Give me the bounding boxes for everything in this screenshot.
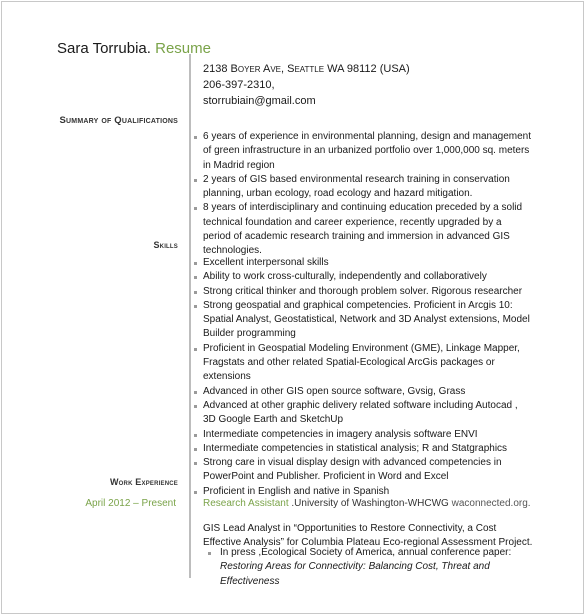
list-item: In press ,Ecological Society of America,… — [203, 546, 533, 589]
list-item: Intermediate competencies in imagery ana… — [191, 428, 531, 442]
list-item: 2 years of GIS based environmental resea… — [191, 173, 531, 202]
contact-block: 2138 Boyer Ave, Seattle WA 98112 (USA) 2… — [203, 61, 410, 109]
job-website[interactable]: waconnected.org. — [452, 498, 531, 509]
list-item: Strong geospatial and graphical competen… — [191, 299, 531, 342]
list-item: Proficient in Geospatial Modeling Enviro… — [191, 342, 531, 385]
section-heading-experience: Work Experience — [110, 477, 178, 487]
email[interactable]: storrubiain@gmail.com — [203, 93, 410, 109]
candidate-name: Sara Torrubia. — [57, 40, 151, 57]
list-item: Advanced at other graphic delivery relat… — [191, 399, 531, 428]
resume-title: Sara Torrubia. Resume — [57, 40, 211, 57]
job-dates: April 2012 – Present — [85, 498, 176, 509]
resume-label: Resume — [155, 40, 211, 57]
phone: 206-397-2310, — [203, 77, 410, 93]
list-item: Strong critical thinker and thorough pro… — [191, 285, 531, 299]
publication-title: Restoring Areas for Connectivity: Balanc… — [220, 561, 490, 586]
job-organization: .University of Washington-WHCWG — [289, 498, 452, 509]
list-item: Ability to work cross-culturally, indepe… — [191, 270, 531, 284]
resume-page: Sara Torrubia. Resume 2138 Boyer Ave, Se… — [1, 1, 584, 614]
list-item: Proficient in English and native in Span… — [191, 485, 531, 499]
job-role: Research Assistant — [203, 498, 289, 509]
section-heading-skills: Skills — [153, 240, 178, 250]
list-item: 6 years of experience in environmental p… — [191, 130, 531, 173]
list-item: 8 years of interdisciplinary and continu… — [191, 201, 531, 258]
address: 2138 Boyer Ave, Seattle WA 98112 (USA) — [203, 61, 410, 77]
job-title: Research Assistant .University of Washin… — [203, 498, 531, 509]
section-heading-summary: Summary of Qualifications — [60, 115, 179, 126]
publication-note: In press ,Ecological Society of America,… — [220, 547, 511, 558]
job-bullets: In press ,Ecological Society of America,… — [203, 546, 533, 589]
list-item: Excellent interpersonal skills — [191, 256, 531, 270]
list-item: Strong care in visual display design wit… — [191, 456, 531, 485]
list-item: Advanced in other GIS open source softwa… — [191, 385, 531, 399]
list-item: Intermediate competencies in statistical… — [191, 442, 531, 456]
skills-list: Excellent interpersonal skills Ability t… — [191, 256, 531, 499]
summary-list: 6 years of experience in environmental p… — [191, 130, 531, 259]
